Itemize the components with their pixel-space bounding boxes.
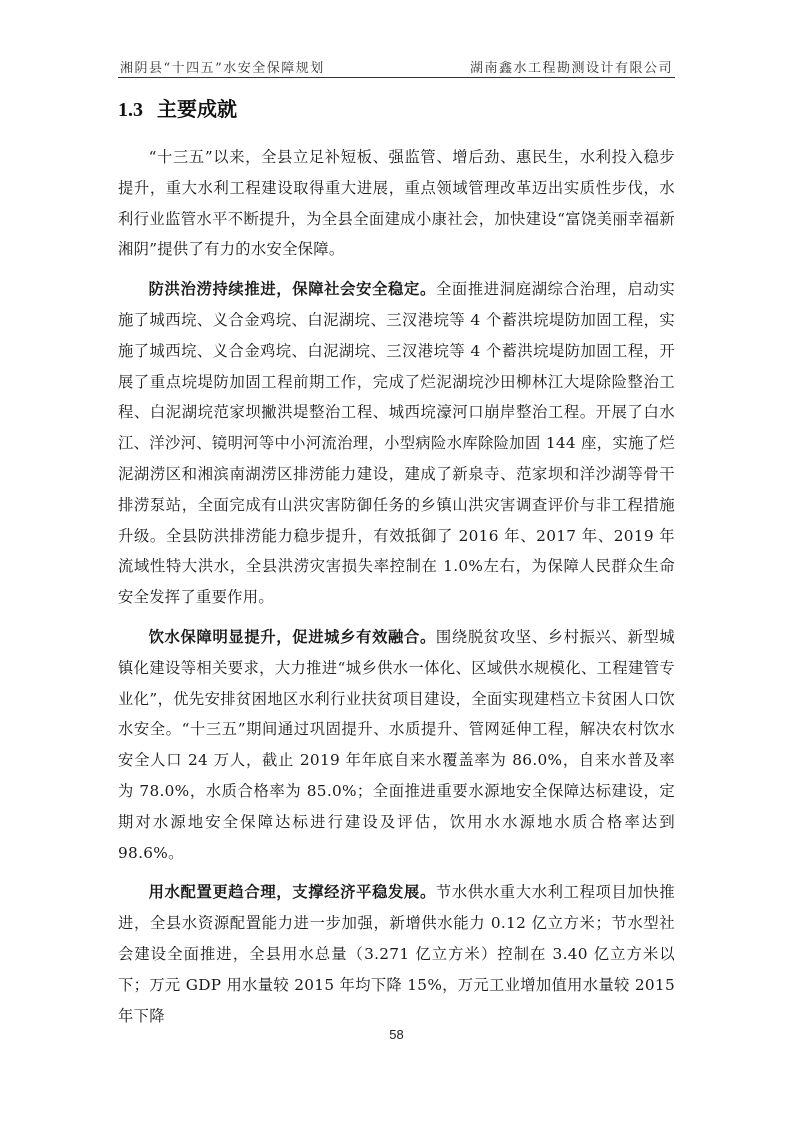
paragraph-lead: 饮水保障明显提升，促进城乡有效融合。 bbox=[149, 628, 436, 646]
paragraph-text: “十三五”以来，全县立足补短板、强监管、增后劲、惠民生，水利投入稳步提升，重大水… bbox=[118, 148, 675, 258]
paragraph-lead: 防洪治涝持续推进，保障社会安全稳定。 bbox=[149, 280, 436, 298]
header-company-name: 湖南鑫水工程勘测设计有限公司 bbox=[470, 57, 673, 76]
paragraph-text: 全面推进洞庭湖综合治理，启动实施了城西垸、义合金鸡垸、白泥湖垸、三汊港垸等 4 … bbox=[118, 280, 675, 606]
paragraph-drinking-water: 饮水保障明显提升，促进城乡有效融合。围绕脱贫攻坚、乡村振兴、新型城镇化建设等相关… bbox=[118, 622, 675, 868]
body-text: “十三五”以来，全县立足补短板、强监管、增后劲、惠民生，水利投入稳步提升，重大水… bbox=[118, 142, 675, 1040]
paragraph-text: 节水供水重大水利工程项目加快推进，全县水资源配置能力进一步加强，新增供水能力 0… bbox=[118, 883, 675, 1024]
section-title-text: 主要成就 bbox=[157, 97, 237, 121]
paragraph-intro: “十三五”以来，全县立足补短板、强监管、增后劲、惠民生，水利投入稳步提升，重大水… bbox=[118, 142, 675, 265]
paragraph-water-allocation: 用水配置更趋合理，支撑经济平稳发展。节水供水重大水利工程项目加快推进，全县水资源… bbox=[118, 877, 675, 1031]
section-number: 1.3 bbox=[118, 99, 143, 121]
paragraph-lead: 用水配置更趋合理，支撑经济平稳发展。 bbox=[149, 883, 436, 901]
paragraph-flood-control: 防洪治涝持续推进，保障社会安全稳定。全面推进洞庭湖综合治理，启动实施了城西垸、义… bbox=[118, 274, 675, 613]
section-heading: 1.3主要成就 bbox=[118, 93, 237, 122]
paragraph-text: 围绕脱贫攻坚、乡村振兴、新型城镇化建设等相关要求，大力推进“城乡供水一体化、区域… bbox=[118, 628, 675, 862]
header-document-title: 湘阴县“十四五”水安全保障规划 bbox=[120, 57, 325, 76]
running-header: 湘阴县“十四五”水安全保障规划 湖南鑫水工程勘测设计有限公司 bbox=[118, 55, 675, 78]
page-number: 58 bbox=[0, 1027, 793, 1042]
